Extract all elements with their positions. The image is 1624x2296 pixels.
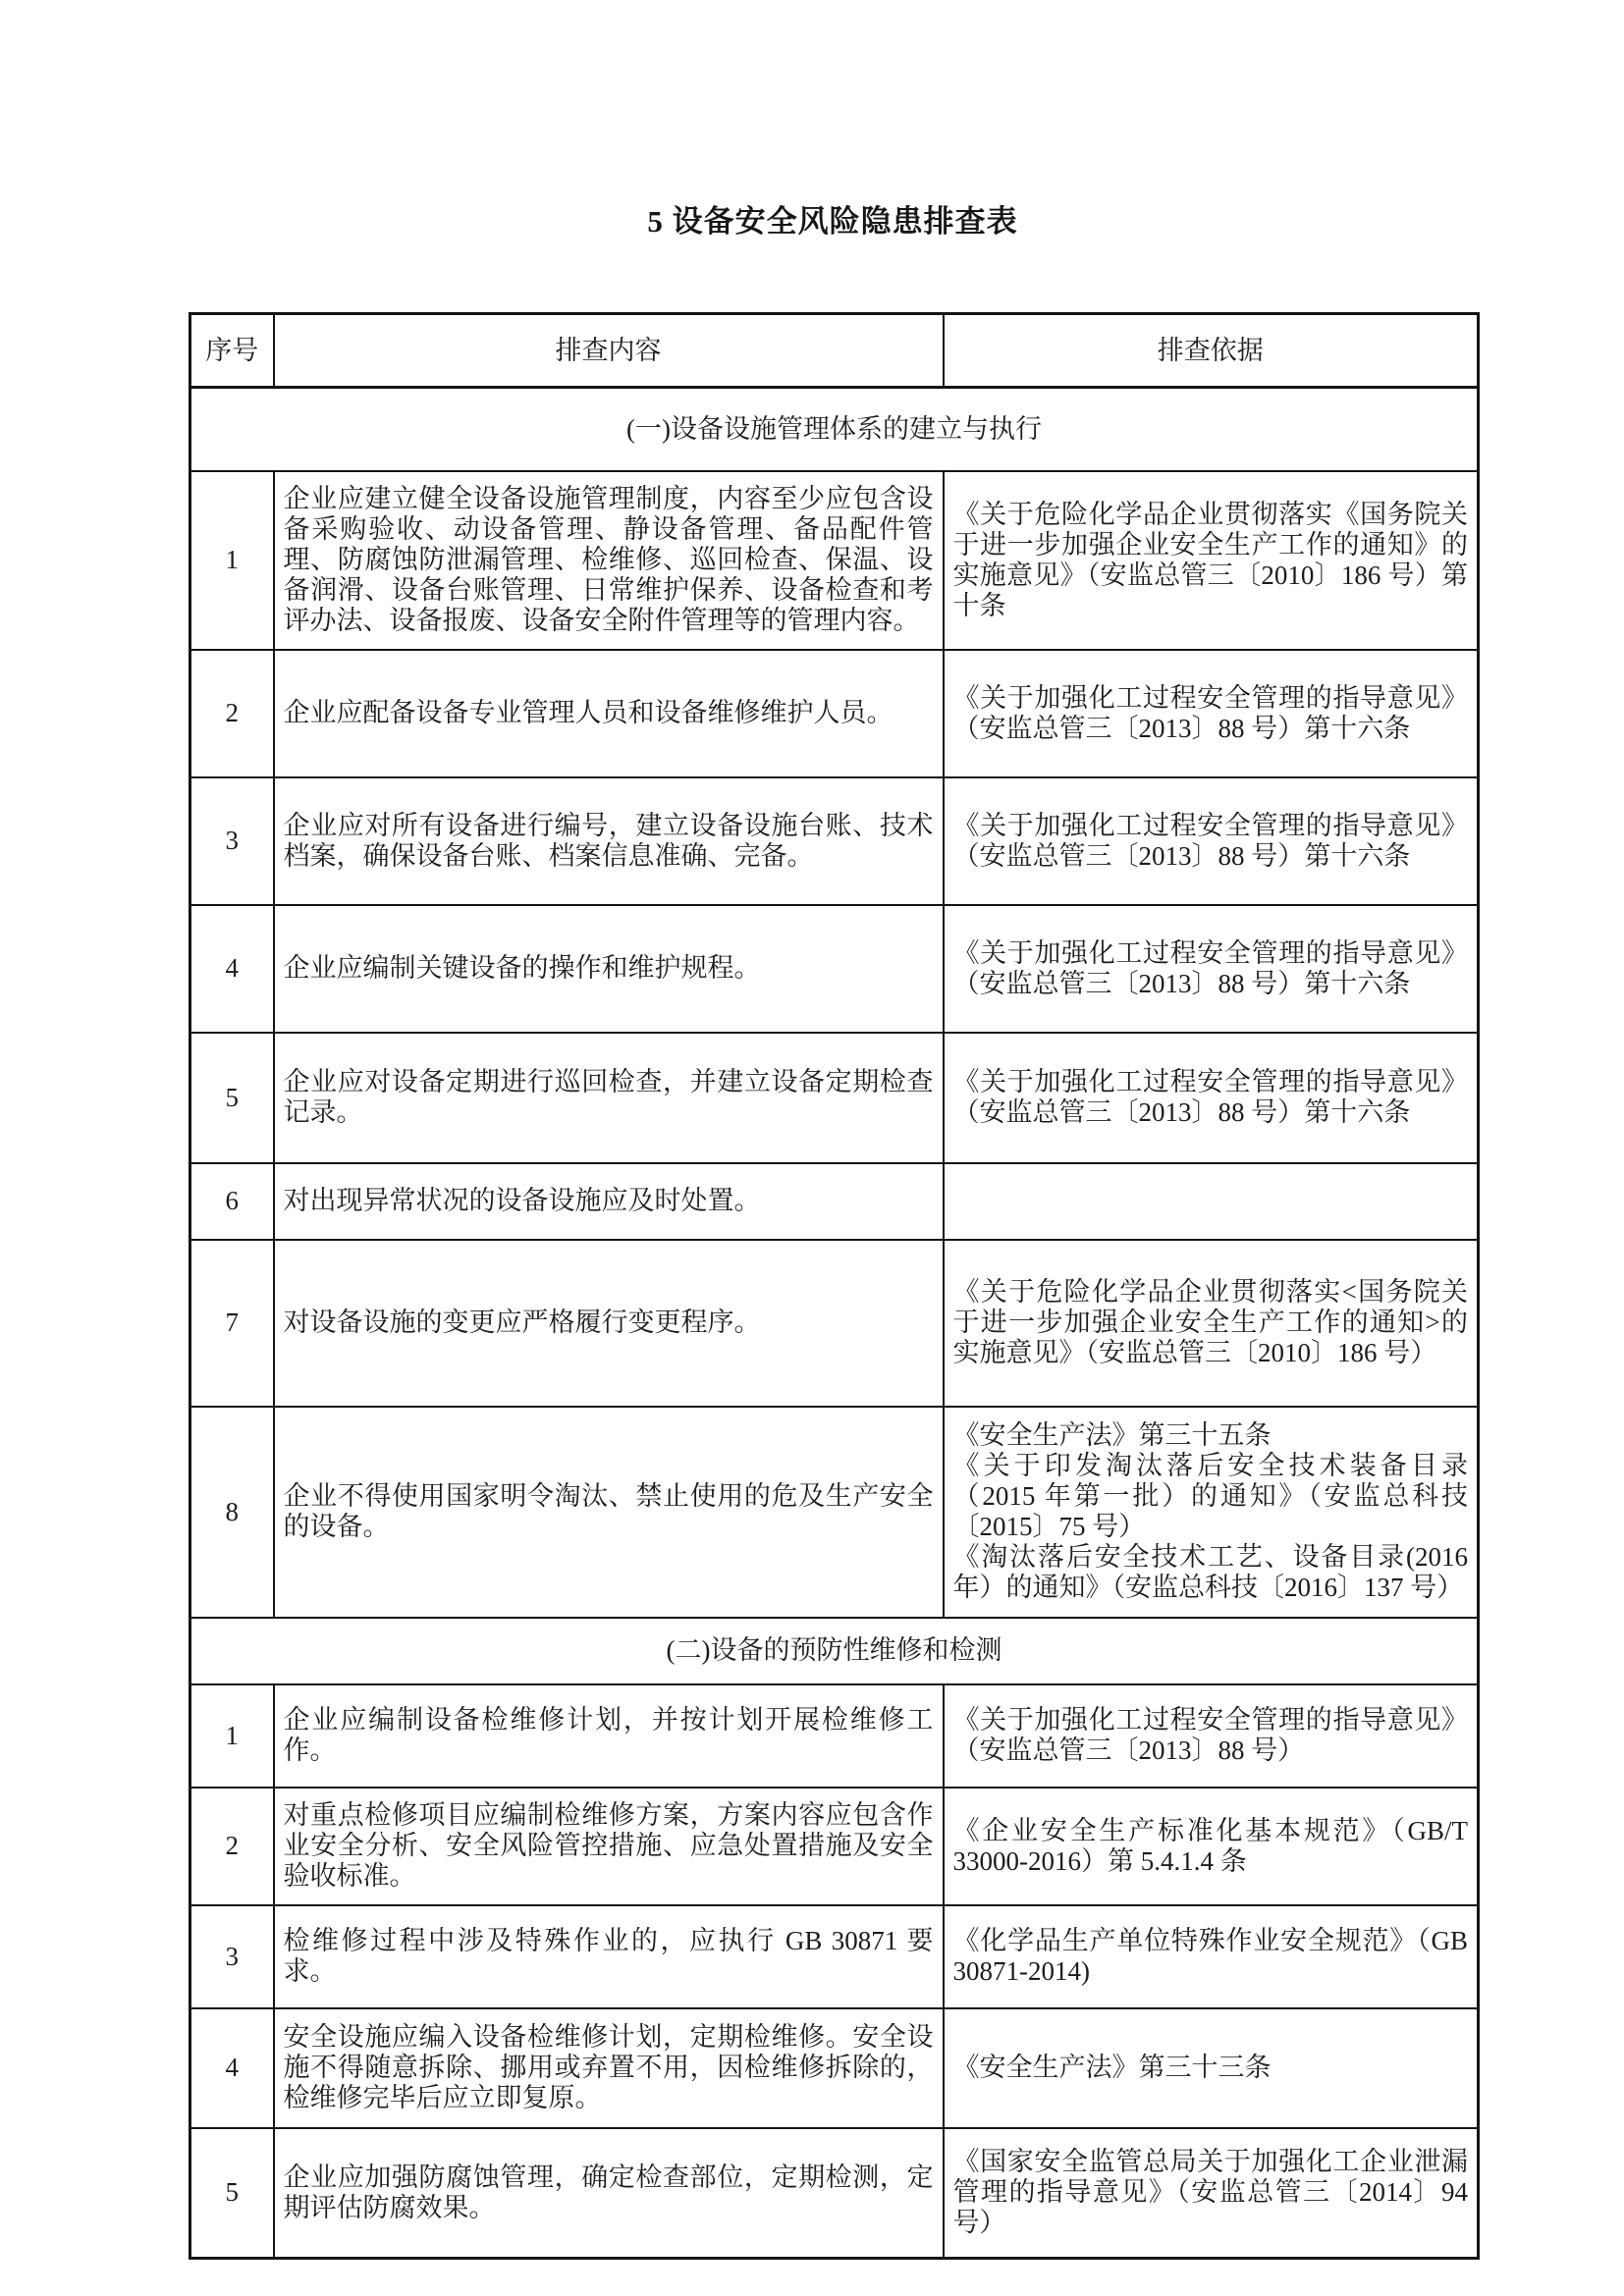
- inspection-content-cell: 企业应加强防腐蚀管理，确定检查部位，定期检测，定期评估防腐效果。: [274, 2128, 944, 2259]
- inspection-basis-cell: 《安全生产法》第三十三条: [944, 2008, 1479, 2128]
- inspection-basis-cell: 《关于加强化工过程安全管理的指导意见》（安监总管三〔2013〕88 号）: [944, 1684, 1479, 1788]
- table-row: 2 对重点检修项目应编制检维修方案，方案内容应包含作业安全分析、安全风险管控措施…: [190, 1788, 1479, 1905]
- table-row: 3 企业应对所有设备进行编号，建立设备设施台账、技术档案，确保设备台账、档案信息…: [190, 777, 1479, 905]
- section-1-title: (一)设备设施管理体系的建立与执行: [190, 388, 1479, 471]
- inspection-basis-cell: 《关于加强化工过程安全管理的指导意见》（安监总管三〔2013〕88 号）第十六条: [944, 905, 1479, 1033]
- inspection-basis-cell: 《关于加强化工过程安全管理的指导意见》（安监总管三〔2013〕88 号）第十六条: [944, 1033, 1479, 1163]
- table-row: 4 安全设施应编入设备检维修计划，定期检维修。安全设施不得随意拆除、挪用或弃置不…: [190, 2008, 1479, 2128]
- row-number-cell: 3: [190, 1905, 274, 2008]
- inspection-basis-cell: 《关于加强化工过程安全管理的指导意见》（安监总管三〔2013〕88 号）第十六条: [944, 777, 1479, 905]
- row-number-cell: 6: [190, 1163, 274, 1240]
- inspection-basis-cell: 《安全生产法》第三十五条 《关于印发淘汰落后安全技术装备目录（2015 年第一批…: [944, 1407, 1479, 1618]
- table-row: 1 企业应建立健全设备设施管理制度，内容至少应包含设备采购验收、动设备管理、静设…: [190, 471, 1479, 650]
- table-row: 8 企业不得使用国家明令淘汰、禁止使用的危及生产安全的设备。 《安全生产法》第三…: [190, 1407, 1479, 1618]
- section-header-row: (二)设备的预防性维修和检测: [190, 1618, 1479, 1684]
- inspection-basis-cell: 《关于加强化工过程安全管理的指导意见》（安监总管三〔2013〕88 号）第十六条: [944, 650, 1479, 777]
- table-header-row: 序号 排查内容 排查依据: [190, 314, 1479, 388]
- inspection-basis-cell: 《企业安全生产标准化基本规范》（GB/T 33000-2016）第 5.4.1.…: [944, 1788, 1479, 1905]
- table-row: 5 企业应对设备定期进行巡回检查，并建立设备定期检查记录。 《关于加强化工过程安…: [190, 1033, 1479, 1163]
- table-row: 5 企业应加强防腐蚀管理，确定检查部位，定期检测，定期评估防腐效果。 《国家安全…: [190, 2128, 1479, 2259]
- section-2-title: (二)设备的预防性维修和检测: [190, 1618, 1479, 1684]
- row-number-cell: 2: [190, 650, 274, 777]
- row-number-cell: 4: [190, 905, 274, 1033]
- inspection-content-cell: 对出现异常状况的设备设施应及时处置。: [274, 1163, 944, 1240]
- inspection-content-cell: 企业不得使用国家明令淘汰、禁止使用的危及生产安全的设备。: [274, 1407, 944, 1618]
- inspection-basis-cell: 《关于危险化学品企业贯彻落实《国务院关于进一步加强企业安全生产工作的通知》的实施…: [944, 471, 1479, 650]
- inspection-content-cell: 安全设施应编入设备检维修计划，定期检维修。安全设施不得随意拆除、挪用或弃置不用，…: [274, 2008, 944, 2128]
- col-header-basis: 排查依据: [944, 314, 1479, 388]
- col-header-no: 序号: [190, 314, 274, 388]
- section-header-row: (一)设备设施管理体系的建立与执行: [190, 388, 1479, 471]
- table-row: 2 企业应配备设备专业管理人员和设备维修维护人员。 《关于加强化工过程安全管理的…: [190, 650, 1479, 777]
- row-number-cell: 2: [190, 1788, 274, 1905]
- table-row: 1 企业应编制设备检维修计划，并按计划开展检维修工作。 《关于加强化工过程安全管…: [190, 1684, 1479, 1788]
- inspection-basis-cell: [944, 1163, 1479, 1240]
- inspection-content-cell: 企业应编制关键设备的操作和维护规程。: [274, 905, 944, 1033]
- row-number-cell: 3: [190, 777, 274, 905]
- inspection-basis-cell: 《关于危险化学品企业贯彻落实<国务院关于进一步加强企业安全生产工作的通知>的实施…: [944, 1240, 1479, 1407]
- row-number-cell: 8: [190, 1407, 274, 1618]
- row-number-cell: 1: [190, 471, 274, 650]
- inspection-content-cell: 对重点检修项目应编制检维修方案，方案内容应包含作业安全分析、安全风险管控措施、应…: [274, 1788, 944, 1905]
- row-number-cell: 5: [190, 1033, 274, 1163]
- row-number-cell: 7: [190, 1240, 274, 1407]
- page-title: 5 设备安全风险隐患排查表: [189, 196, 1477, 240]
- table-row: 6 对出现异常状况的设备设施应及时处置。: [190, 1163, 1479, 1240]
- col-header-content: 排查内容: [274, 314, 944, 388]
- inspection-content-cell: 企业应配备设备专业管理人员和设备维修维护人员。: [274, 650, 944, 777]
- table-row: 3 检维修过程中涉及特殊作业的，应执行 GB 30871 要求。 《化学品生产单…: [190, 1905, 1479, 2008]
- row-number-cell: 5: [190, 2128, 274, 2259]
- inspection-content-cell: 对设备设施的变更应严格履行变更程序。: [274, 1240, 944, 1407]
- row-number-cell: 1: [190, 1684, 274, 1788]
- inspection-content-cell: 企业应对所有设备进行编号，建立设备设施台账、技术档案，确保设备台账、档案信息准确…: [274, 777, 944, 905]
- table-row: 7 对设备设施的变更应严格履行变更程序。 《关于危险化学品企业贯彻落实<国务院关…: [190, 1240, 1479, 1407]
- checklist-table: 序号 排查内容 排查依据 (一)设备设施管理体系的建立与执行 1 企业应建立健全…: [189, 312, 1480, 2260]
- inspection-content-cell: 企业应对设备定期进行巡回检查，并建立设备定期检查记录。: [274, 1033, 944, 1163]
- checklist-table-wrapper: 序号 排查内容 排查依据 (一)设备设施管理体系的建立与执行 1 企业应建立健全…: [189, 312, 1477, 2260]
- table-row: 4 企业应编制关键设备的操作和维护规程。 《关于加强化工过程安全管理的指导意见》…: [190, 905, 1479, 1033]
- row-number-cell: 4: [190, 2008, 274, 2128]
- inspection-content-cell: 企业应建立健全设备设施管理制度，内容至少应包含设备采购验收、动设备管理、静设备管…: [274, 471, 944, 650]
- inspection-basis-cell: 《国家安全监管总局关于加强化工企业泄漏管理的指导意见》（安监总管三〔2014〕9…: [944, 2128, 1479, 2259]
- inspection-basis-cell: 《化学品生产单位特殊作业安全规范》（GB 30871-2014): [944, 1905, 1479, 2008]
- inspection-content-cell: 企业应编制设备检维修计划，并按计划开展检维修工作。: [274, 1684, 944, 1788]
- inspection-content-cell: 检维修过程中涉及特殊作业的，应执行 GB 30871 要求。: [274, 1905, 944, 2008]
